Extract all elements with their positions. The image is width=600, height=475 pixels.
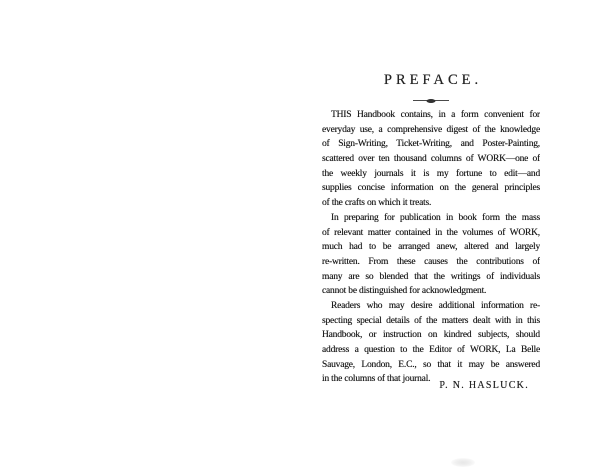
- text-line: of Sign-Writing, Ticket-Writing, and Pos…: [322, 137, 540, 152]
- text-line: much had to be arranged anew, altered an…: [322, 240, 540, 255]
- text-line: specting special details of the matters …: [322, 314, 540, 329]
- text-line: the weekly journals it is my fortune to …: [322, 167, 540, 182]
- text-line: everyday use, a comprehensive digest of …: [322, 123, 540, 138]
- text-line: re-written. From these causes the contri…: [322, 255, 540, 270]
- text-line: of relevant matter contained in the volu…: [322, 226, 540, 241]
- title-divider-ornament-icon: [413, 98, 449, 103]
- text-line: many are so blended that the writings of…: [322, 270, 540, 285]
- text-line: cannot be distinguished for acknowledgme…: [322, 284, 540, 299]
- author-signature: P. N. HASLUCK.: [322, 379, 540, 393]
- text-line: of the crafts on which it treats.: [322, 196, 540, 211]
- text-line: address a question to the Editor of WORK…: [322, 343, 540, 358]
- divider-knot: [427, 99, 436, 103]
- text-line: scattered over ten thousand columns of W…: [322, 152, 540, 167]
- preface-body-text: THIS Handbook contains, in a form conven…: [322, 108, 540, 387]
- text-line: Readers who may desire additional inform…: [322, 299, 540, 314]
- text-line: In preparing for publication in book for…: [322, 211, 540, 226]
- text-line: supplies concise information on the gene…: [322, 181, 540, 196]
- text-line: Handbook, or instruction on kindred subj…: [322, 328, 540, 343]
- bleed-through-ornament-mark: [451, 458, 475, 467]
- text-line: THIS Handbook contains, in a form conven…: [322, 108, 540, 123]
- preface-text-column: PREFACE. THIS Handbook contains, in a fo…: [322, 0, 540, 475]
- page-title: PREFACE.: [322, 73, 540, 88]
- scanned-book-page: PREFACE. THIS Handbook contains, in a fo…: [0, 0, 600, 475]
- text-line: Sauvage, London, E.C., so that it may be…: [322, 358, 540, 373]
